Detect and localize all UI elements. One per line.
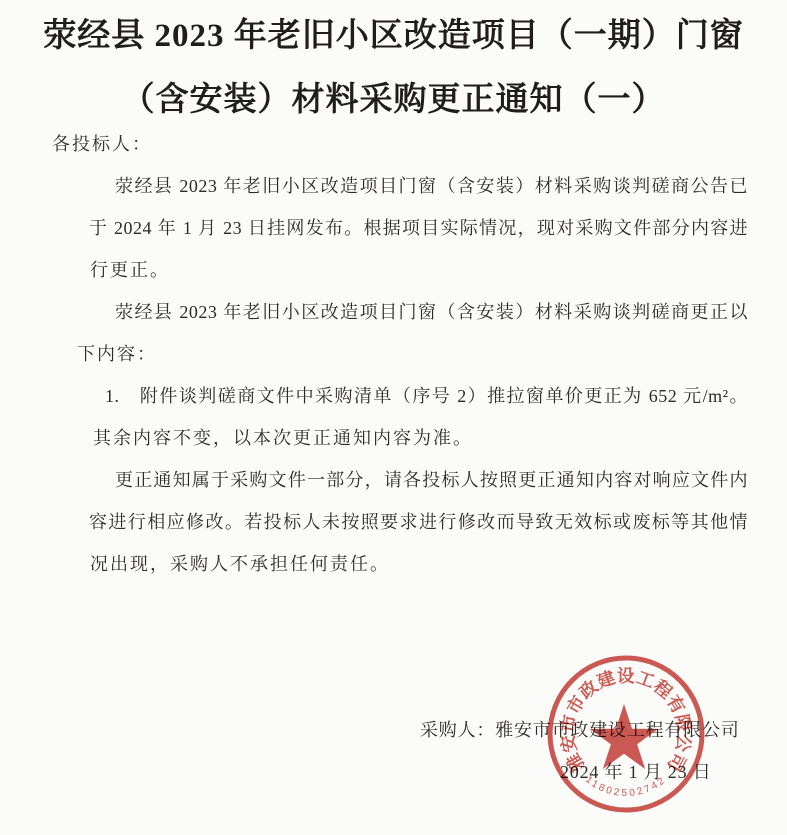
signature-buyer: 采购人：雅安市市政建设工程有限公司 xyxy=(420,709,740,751)
body-line: 于 2024 年 1 月 23 日挂网发布。根据项目实际情况，现对采购文件部分内… xyxy=(89,207,748,249)
body-line: 行更正。 xyxy=(90,249,787,291)
signature-date: 2024 年 1 月 23 日 xyxy=(560,751,712,793)
body-line: 荥经县 2023 年老旧小区改造项目门窗（含安装）材料采购谈判磋商公告已 xyxy=(115,165,748,207)
body-line: 更正通知属于采购文件一部分，请各投标人按照更正通知内容对响应文件内 xyxy=(115,459,748,501)
body-line: 容进行相应修改。若投标人未按照要求进行修改而导致无效标或废标等其他情 xyxy=(89,501,748,543)
body-line: 况出现，采购人不承担任何责任。 xyxy=(90,543,787,585)
document-page: 荥经县 2023 年老旧小区改造项目（一期）门窗 （含安装）材料采购更正通知（一… xyxy=(0,0,787,835)
document-title: 荥经县 2023 年老旧小区改造项目（一期）门窗 （含安装）材料采购更正通知（一… xyxy=(0,4,787,132)
body-line: 荥经县 2023 年老旧小区改造项目门窗（含安装）材料采购谈判磋商更正以 xyxy=(115,291,748,333)
title-line-1: 荥经县 2023 年老旧小区改造项目（一期）门窗 xyxy=(0,4,787,68)
list-item-line: 1. 附件谈判磋商文件中采购清单（序号 2）推拉窗单价更正为 652 元/m²。 xyxy=(105,375,748,417)
salutation-line: 各投标人： xyxy=(52,123,787,165)
body-line: 下内容： xyxy=(77,333,787,375)
body-line: 其余内容不变，以本次更正通知内容为准。 xyxy=(93,417,787,459)
document-body: 各投标人： 荥经县 2023 年老旧小区改造项目门窗（含安装）材料采购谈判磋商公… xyxy=(0,123,787,585)
